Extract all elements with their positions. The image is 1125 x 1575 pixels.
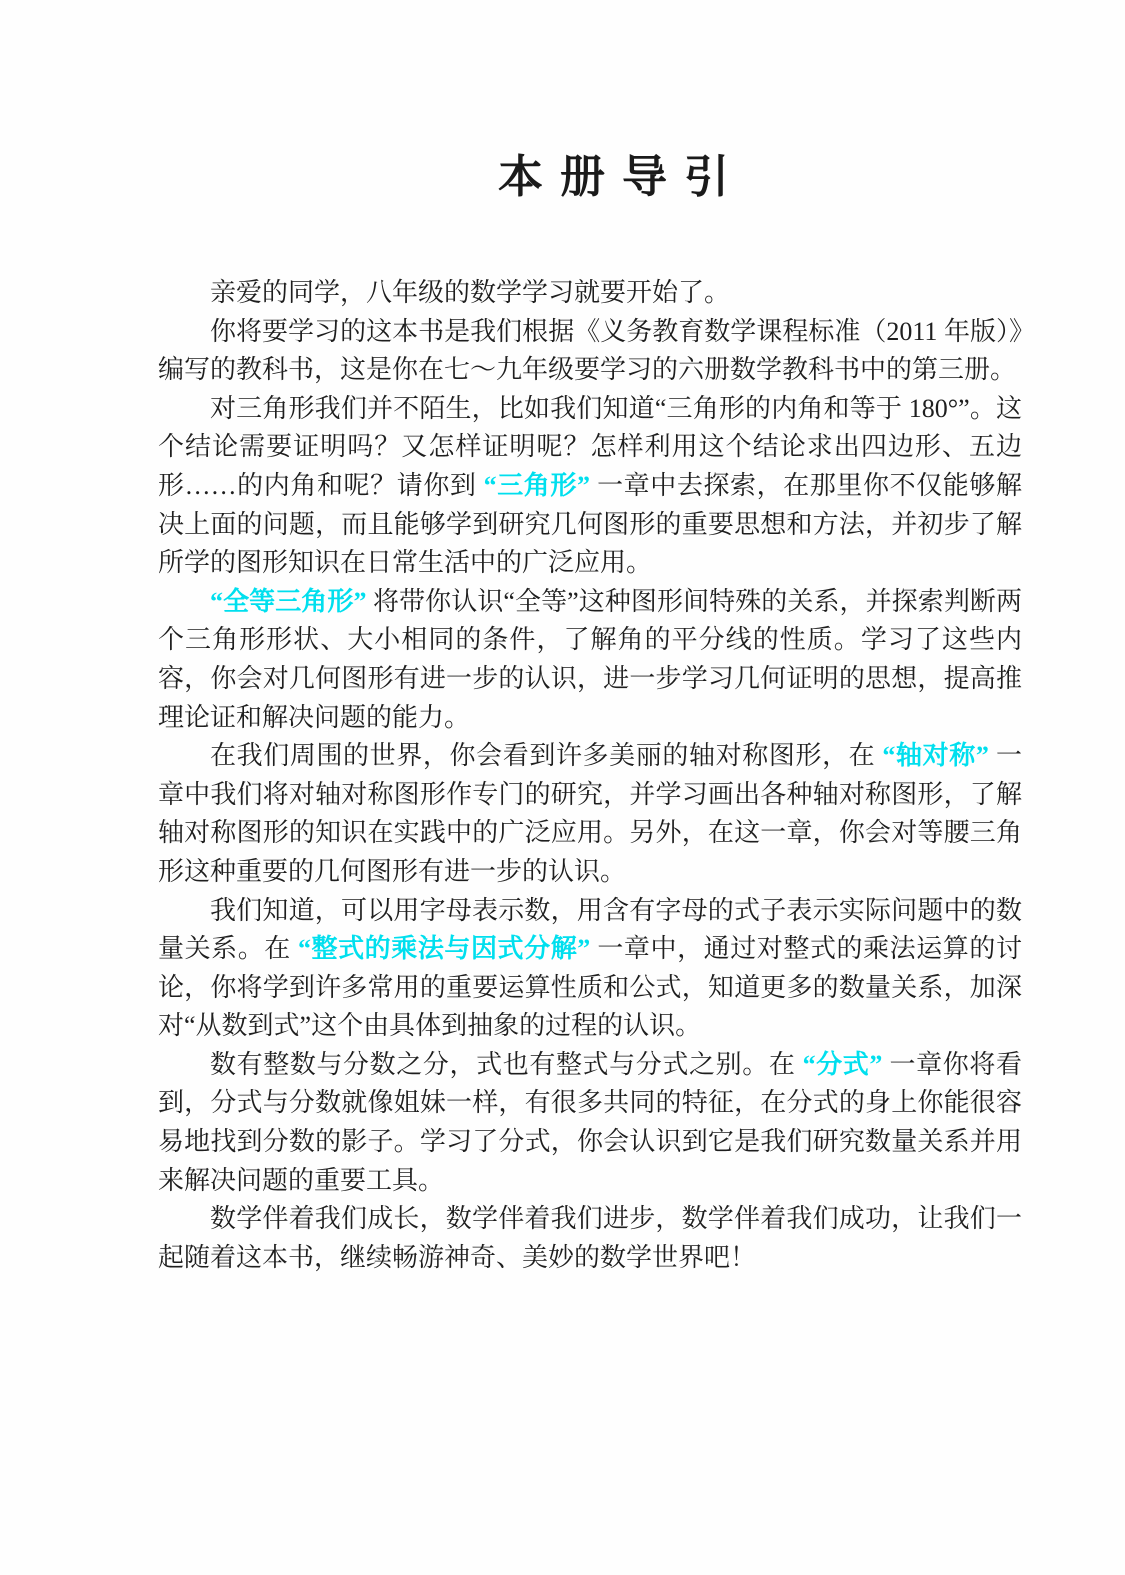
text-segment: 在我们周围的世界，你会看到许多美丽的轴对称图形，在 xyxy=(210,741,875,770)
paragraph: 数有整数与分数之分，式也有整式与分式之别。在 “分式” 一章你将看到，分式与分数… xyxy=(158,1046,1022,1200)
text-segment: 数有整数与分数之分，式也有整式与分式之别。在 xyxy=(210,1050,795,1079)
chapter-name-highlight: “整式的乘法与因式分解” xyxy=(291,934,597,963)
paragraph: 我们知道，可以用字母表示数，用含有字母的式子表示实际问题中的数量关系。在 “整式… xyxy=(158,892,1022,1046)
page-title: 本册导引 xyxy=(498,140,746,205)
text-segment: 数学伴着我们成长，数学伴着我们进步，数学伴着我们成功，让我们一起随着这本书，继续… xyxy=(158,1204,1022,1272)
paragraph: 亲爱的同学，八年级的数学学习就要开始了。 xyxy=(158,274,1022,313)
chapter-name-highlight: “分式” xyxy=(795,1050,889,1079)
paragraph: 数学伴着我们成长，数学伴着我们进步，数学伴着我们成功，让我们一起随着这本书，继续… xyxy=(158,1200,1022,1277)
text-segment: 你将要学习的这本书是我们根据《义务教育数学课程标准（2011 年版）》编写的教科… xyxy=(158,317,1022,385)
paragraph: “全等三角形” 将带你认识“全等”这种图形间特殊的关系，并探索判断两个三角形形状… xyxy=(158,583,1022,737)
paragraph: 对三角形我们并不陌生，比如我们知道“三角形的内角和等于 180°”。这个结论需要… xyxy=(158,390,1022,583)
chapter-name-highlight: “轴对称” xyxy=(875,741,996,770)
document-body: 亲爱的同学，八年级的数学学习就要开始了。你将要学习的这本书是我们根据《义务教育数… xyxy=(158,274,1022,1277)
chapter-name-highlight: “三角形” xyxy=(477,471,598,500)
paragraph: 在我们周围的世界，你会看到许多美丽的轴对称图形，在 “轴对称” 一章中我们将对轴… xyxy=(158,737,1022,891)
chapter-name-highlight: “全等三角形” xyxy=(210,587,373,616)
textbook-page: 本册导引 亲爱的同学，八年级的数学学习就要开始了。你将要学习的这本书是我们根据《… xyxy=(0,0,1125,1575)
text-segment: 亲爱的同学，八年级的数学学习就要开始了。 xyxy=(210,278,730,307)
paragraph: 你将要学习的这本书是我们根据《义务教育数学课程标准（2011 年版）》编写的教科… xyxy=(158,313,1022,390)
